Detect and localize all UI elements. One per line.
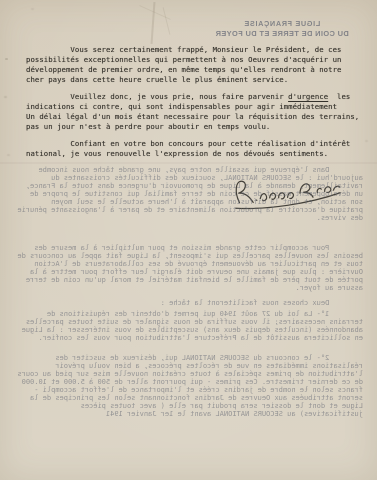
crease-mark (139, 5, 170, 20)
crease-mark (151, 2, 155, 44)
bleed-paragraph: Dans l'épreuve qui assaille notre pays, … (15, 166, 363, 222)
paragraph-2-line: Veuillez donc, je vous prie, nous faire … (26, 92, 372, 102)
paragraph-3-line: Confiant en votre bon concours pour cett… (26, 139, 372, 149)
letter-body: Vous serez certainement frappé, Monsieur… (26, 45, 372, 166)
paragraph-2: Veuillez donc, je vous prie, nous faire … (26, 92, 372, 132)
paragraph-2-line: Un délai légal d'un mois étant necessair… (26, 112, 372, 122)
bleed-paragraph: Pour accomplir cette grande mission et p… (15, 244, 363, 292)
bleed-paragraph: 1°- La loi du 27 août 1940 qui permet d'… (15, 310, 363, 342)
underlined-word-urgence: d'urgence (288, 92, 328, 101)
paragraph-1-line: cher pays dans cette heure cruelle le pl… (26, 75, 372, 85)
paragraph-1-line: Vous serez certainement frappé, Monsieur… (26, 45, 372, 55)
paragraph-1: Vous serez certainement frappé, Monsieur… (26, 45, 372, 85)
bleed-through-letterhead: LIGUE FRANÇAISE DU COIN DE TERRE ET DU F… (199, 19, 365, 39)
paper-specks (5, 58, 8, 60)
bleed-letterhead-line1: LIGUE FRANÇAISE (199, 19, 365, 29)
bleed-through-text: Dans l'épreuve qui assaille notre pays, … (15, 166, 363, 418)
paragraph-1-line: possibilités exceptionnelles qui permett… (26, 55, 372, 65)
paragraph-1-line: développement de premier ordre, en même … (26, 65, 372, 75)
paragraph-2-line: pas un jour n'est à perdre pour aboutir … (26, 122, 372, 132)
crease-mark (163, 7, 171, 34)
paragraph-2-line1-pre: Veuillez donc, je vous prie, nous faire … (26, 92, 288, 101)
paragraph-2-line: indications ci contre, qui sont indispen… (26, 102, 372, 112)
bleed-paragraph: 2°- le concours du SECOURS NATIONAL qui,… (15, 354, 363, 418)
scanned-letter-page: LIGUE FRANÇAISE DU COIN DE TERRE ET DU F… (0, 0, 377, 480)
paragraph-3-line: national, je vous renouvelle l'expressio… (26, 149, 372, 159)
bleed-paragraph: Deux choses nous faciliteront la tâche : (15, 299, 363, 307)
bleed-letterhead-line2: DU COIN DE TERRE ET DU FOYER (199, 29, 365, 39)
paragraph-3: Confiant en votre bon concours pour cett… (26, 139, 372, 159)
paragraph-2-line1-post: les (328, 92, 350, 101)
